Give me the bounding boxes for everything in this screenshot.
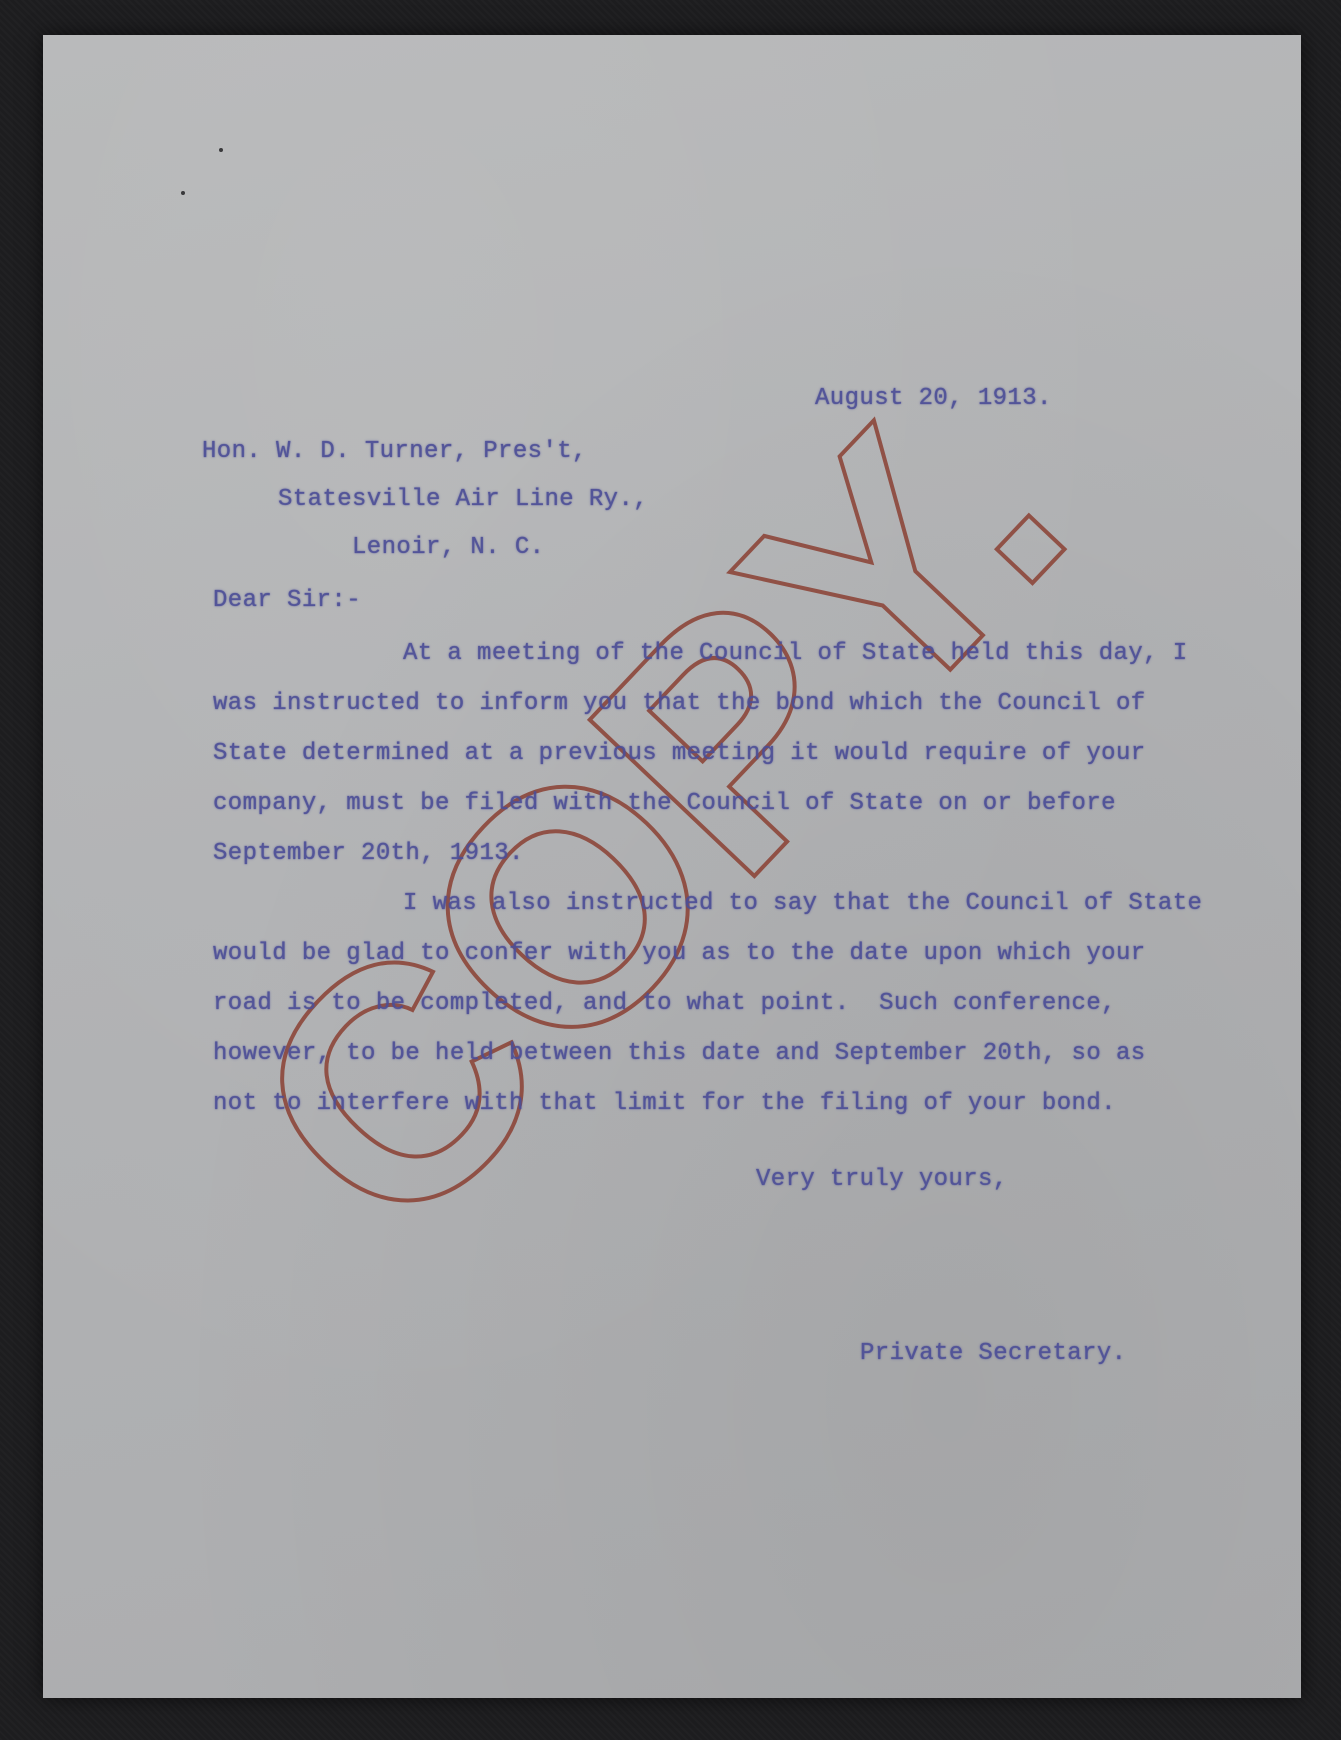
- body-line: At a meeting of the Council of State hel…: [213, 629, 1178, 679]
- body-line: not to interfere with that limit for the…: [213, 1079, 1178, 1129]
- body-line: I was also instructed to say that the Co…: [213, 879, 1178, 929]
- scanned-letter-background: COPY. August 20, 1913. Hon. W. D. Turner…: [0, 0, 1341, 1740]
- body-line: September 20th, 1913.: [213, 829, 1178, 879]
- letter-date: August 20, 1913.: [815, 384, 1052, 414]
- letter-body: At a meeting of the Council of State hel…: [213, 629, 1178, 1129]
- body-line: was instructed to inform you that the bo…: [213, 679, 1178, 729]
- body-line: company, must be filed with the Council …: [213, 779, 1178, 829]
- recipient-company: Statesville Air Line Ry.,: [278, 485, 648, 515]
- signature-title: Private Secretary.: [860, 1339, 1126, 1369]
- body-line: road is to be completed, and to what poi…: [213, 979, 1178, 1029]
- closing-phrase: Very truly yours,: [756, 1165, 1008, 1195]
- letter-page: COPY. August 20, 1913. Hon. W. D. Turner…: [43, 35, 1301, 1698]
- paper-speck: [181, 191, 185, 195]
- body-line: State determined at a previous meeting i…: [213, 729, 1178, 779]
- body-line: would be glad to confer with you as to t…: [213, 929, 1178, 979]
- body-line: however, to be held between this date an…: [213, 1029, 1178, 1079]
- recipient-city: Lenoir, N. C.: [352, 533, 544, 563]
- recipient-name: Hon. W. D. Turner, Pres't,: [202, 437, 587, 467]
- paper-speck: [219, 148, 223, 152]
- salutation: Dear Sir:-: [213, 586, 361, 616]
